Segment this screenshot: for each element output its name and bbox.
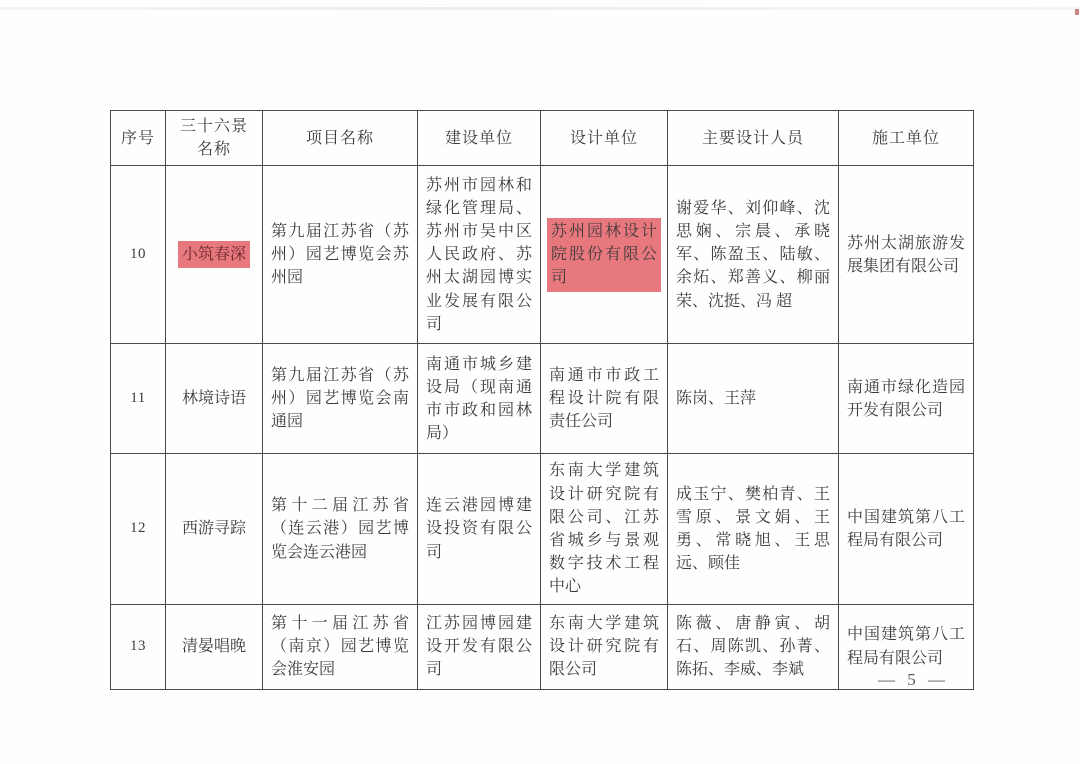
cell-contractor: 中国建筑第八工程局有限公司: [839, 454, 974, 604]
cell-project-name: 第九届江苏省（苏州）园艺博览会南通园: [263, 344, 418, 454]
cell-builder: 江苏园博园建设开发有限公司: [418, 604, 541, 689]
table-row: 10 小筑春深 第九届江苏省（苏州）园艺博览会苏州园 苏州市园林和绿化管理局、苏…: [111, 166, 974, 344]
cell-seq: 11: [111, 344, 166, 454]
cell-scene-name: 小筑春深: [166, 166, 263, 344]
cell-designer: 东南大学建筑设计研究院有限公司: [541, 604, 668, 689]
cell-staff: 成玉宁、樊柏青、王雪原、景文娟、王勇、常晓旭、王思远、顾佳: [668, 454, 839, 604]
highlighted-designer-name: 苏州园林设计院股份有限公司: [547, 218, 661, 292]
cell-staff: 陈薇、唐静寅、胡石、周陈凯、孙菁、陈拓、李威、李斌: [668, 604, 839, 689]
cell-project-name: 第十二届江苏省（连云港）园艺博览会连云港园: [263, 454, 418, 604]
scan-edge-artifact: [0, 7, 1080, 10]
header-project-name: 项目名称: [263, 111, 418, 166]
cell-seq: 13: [111, 604, 166, 689]
cell-staff: 陈岗、王萍: [668, 344, 839, 454]
cell-seq: 10: [111, 166, 166, 344]
projects-table: 序号 三十六景名称 项目名称 建设单位 设计单位 主要设计人员 施工单位 10 …: [110, 110, 974, 690]
scanned-document-page: 序号 三十六景名称 项目名称 建设单位 设计单位 主要设计人员 施工单位 10 …: [0, 0, 1080, 764]
cell-scene-name: 西游寻踪: [166, 454, 263, 604]
header-scene-name: 三十六景名称: [166, 111, 263, 166]
cell-scene-name: 林境诗语: [166, 344, 263, 454]
table-row: 13 清晏唱晚 第十一届江苏省（南京）园艺博览会淮安园 江苏园博园建设开发有限公…: [111, 604, 974, 689]
header-designer: 设计单位: [541, 111, 668, 166]
scan-corner-speck: [1075, 9, 1079, 15]
table-row: 11 林境诗语 第九届江苏省（苏州）园艺博览会南通园 南通市城乡建设局（现南通市…: [111, 344, 974, 454]
cell-staff: 谢爱华、刘仰峰、沈思娴、宗晨、承晓军、陈盈玉、陆敏、余炻、郑善义、柳丽荣、沈挺、…: [668, 166, 839, 344]
cell-project-name: 第九届江苏省（苏州）园艺博览会苏州园: [263, 166, 418, 344]
header-seq: 序号: [111, 111, 166, 166]
cell-builder: 南通市城乡建设局（现南通市市政和园林局）: [418, 344, 541, 454]
table-row: 12 西游寻踪 第十二届江苏省（连云港）园艺博览会连云港园 连云港园博建设投资有…: [111, 454, 974, 604]
page-number: — 5 —: [878, 670, 949, 690]
cell-project-name: 第十一届江苏省（南京）园艺博览会淮安园: [263, 604, 418, 689]
cell-designer: 南通市市政工程设计院有限责任公司: [541, 344, 668, 454]
cell-designer: 东南大学建筑设计研究院有限公司、江苏省城乡与景观数字技术工程中心: [541, 454, 668, 604]
cell-contractor: 苏州太湖旅游发展集团有限公司: [839, 166, 974, 344]
header-contractor: 施工单位: [839, 111, 974, 166]
cell-builder: 连云港园博建设投资有限公司: [418, 454, 541, 604]
highlighted-scene-name: 小筑春深: [178, 241, 250, 268]
header-builder: 建设单位: [418, 111, 541, 166]
header-staff: 主要设计人员: [668, 111, 839, 166]
cell-scene-name: 清晏唱晚: [166, 604, 263, 689]
cell-builder: 苏州市园林和绿化管理局、苏州市吴中区人民政府、苏州太湖园博实业发展有限公司: [418, 166, 541, 344]
cell-designer: 苏州园林设计院股份有限公司: [541, 166, 668, 344]
table-header-row: 序号 三十六景名称 项目名称 建设单位 设计单位 主要设计人员 施工单位: [111, 111, 974, 166]
cell-contractor: 南通市绿化造园开发有限公司: [839, 344, 974, 454]
cell-seq: 12: [111, 454, 166, 604]
